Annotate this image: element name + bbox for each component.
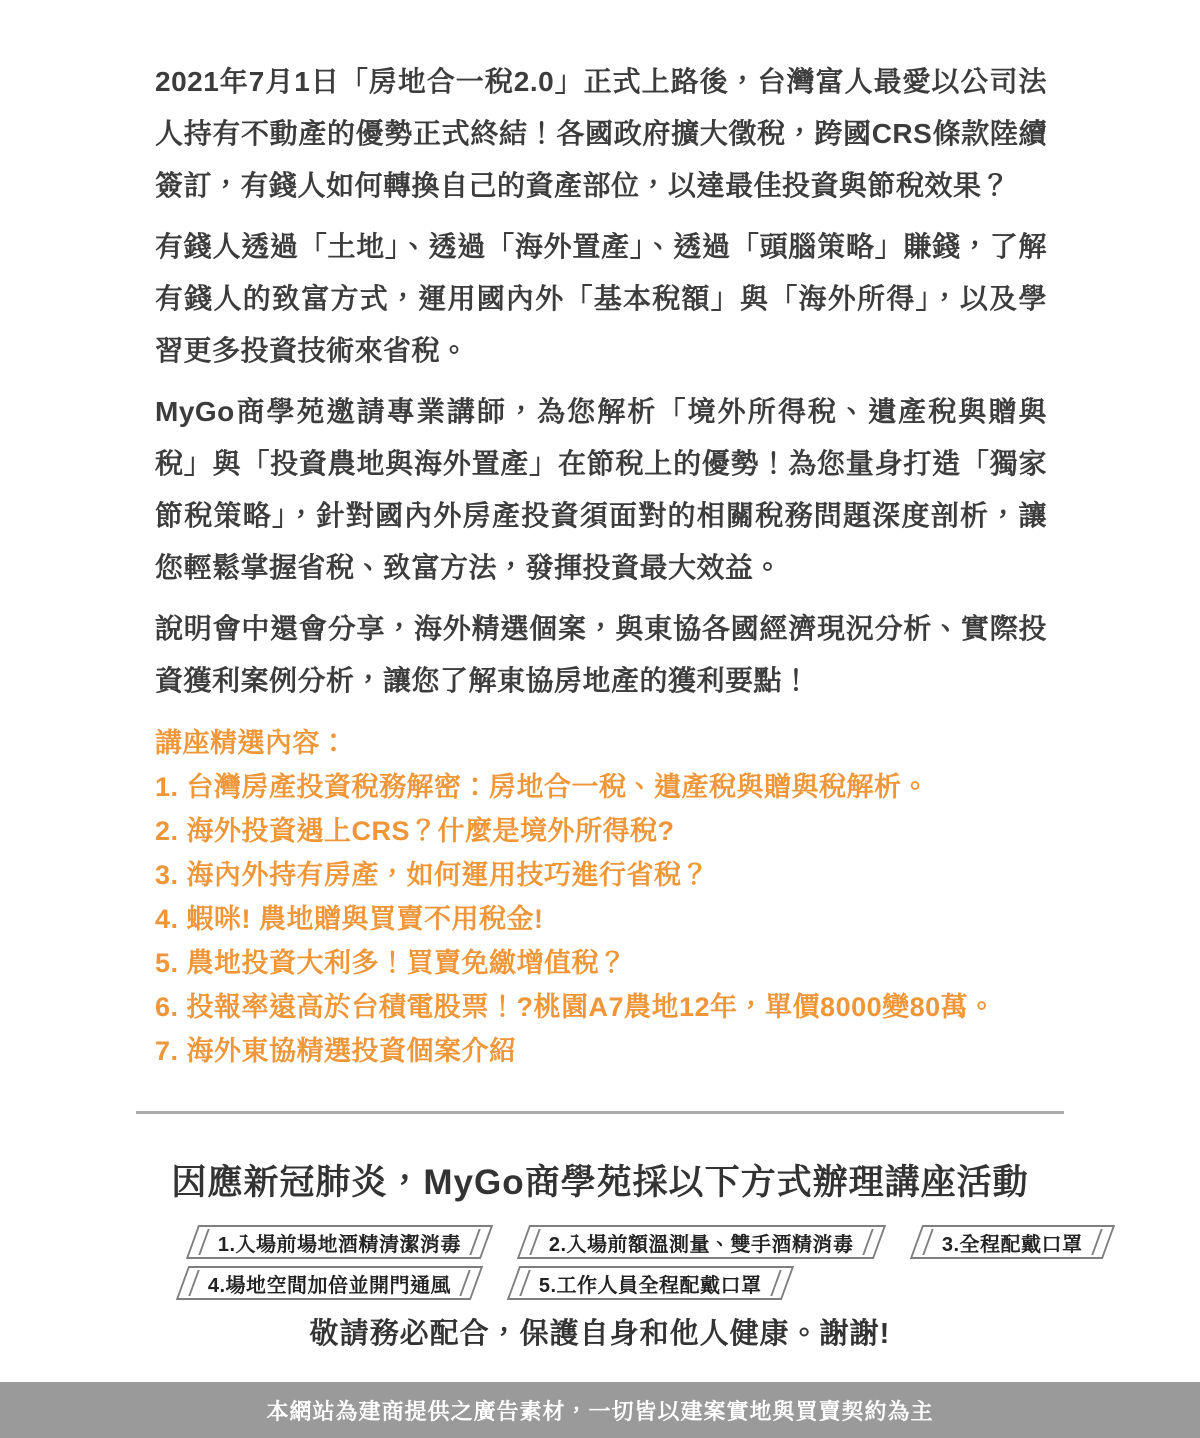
main-content: 2021年7月1日「房地合一稅2.0」正式上路後，台灣富人最愛以公司法人持有不動… [0, 0, 1200, 1073]
measure-badge-label: 5.工作人員全程配戴口罩 [539, 1268, 762, 1297]
measure-badge-4: 4.場地空間加倍並開門通風 [176, 1266, 484, 1300]
slash-decoration-icon [1091, 1229, 1102, 1255]
slash-decoration-icon [862, 1229, 873, 1255]
highlight-item-6: 6. 投報率遠高於台積電股票！?桃園A7農地12年，單價8000變80萬。 [155, 985, 1045, 1029]
badge-row-1: 1.入場前場地酒精清潔消毒 2.入場前額溫測量、雙手酒精消毒 3.全程配戴口罩 [0, 1224, 1200, 1259]
highlight-item-7: 7. 海外東協精選投資個案介紹 [155, 1029, 1045, 1073]
covid-measure-badges: 1.入場前場地酒精清潔消毒 2.入場前額溫測量、雙手酒精消毒 3.全程配戴口罩 … [0, 1224, 1200, 1306]
seminar-highlights-list: 講座精選內容： 1. 台灣房產投資稅務解密：房地合一稅、遺產稅與贈與稅解析。 2… [155, 721, 1045, 1073]
section-divider [136, 1111, 1064, 1114]
measure-badge-label: 1.入場前場地酒精清潔消毒 [218, 1227, 461, 1256]
measure-badge-5: 5.工作人員全程配戴口罩 [507, 1266, 794, 1300]
highlight-item-2: 2. 海外投資遇上CRS？什麼是境外所得稅? [155, 809, 1045, 853]
highlight-item-1: 1. 台灣房產投資稅務解密：房地合一稅、遺產稅與贈與稅解析。 [155, 765, 1045, 809]
highlight-item-3: 3. 海內外持有房產，如何運用技巧進行省稅？ [155, 853, 1045, 897]
slash-decoration-icon [519, 1270, 530, 1296]
slash-decoration-icon [922, 1229, 933, 1255]
measure-badge-label: 3.全程配戴口罩 [942, 1227, 1083, 1256]
highlights-heading: 講座精選內容： [155, 721, 1045, 765]
seminar-ad-page: 2021年7月1日「房地合一稅2.0」正式上路後，台灣富人最愛以公司法人持有不動… [0, 0, 1200, 1438]
covid-notice-heading: 因應新冠肺炎，MyGo商學苑採以下方式辦理講座活動 [0, 1160, 1200, 1206]
covid-closing-text: 敬請務必配合，保護自身和他人健康。謝謝! [0, 1314, 1200, 1354]
slash-decoration-icon [459, 1270, 470, 1296]
measure-badge-label: 2.入場前額溫測量、雙手酒精消毒 [549, 1227, 854, 1256]
slash-decoration-icon [770, 1270, 781, 1296]
highlight-item-4: 4. 蝦咪! 農地贈與買賣不用稅金! [155, 897, 1045, 941]
badge-row-2: 4.場地空間加倍並開門通風 5.工作人員全程配戴口罩 [0, 1265, 1200, 1300]
footer-disclaimer-bar: 本網站為建商提供之廣告素材，一切皆以建案實地與買賣契約為主 [0, 1382, 1200, 1438]
intro-paragraph-3: MyGo商學苑邀請專業講師，為您解析「境外所得稅、遺產稅與贈與稅」與「投資農地與… [155, 386, 1047, 594]
measure-badge-2: 2.入場前額溫測量、雙手酒精消毒 [517, 1225, 886, 1259]
intro-paragraph-4: 說明會中還會分享，海外精選個案，與東協各國經濟現況分析、實際投資獲利案例分析，讓… [155, 603, 1047, 707]
slash-decoration-icon [198, 1229, 209, 1255]
measure-badge-1: 1.入場前場地酒精清潔消毒 [186, 1225, 494, 1259]
footer-disclaimer-text: 本網站為建商提供之廣告素材，一切皆以建案實地與買賣契約為主 [266, 1395, 933, 1426]
highlight-item-5: 5. 農地投資大利多！買賣免繳增值稅？ [155, 941, 1045, 985]
intro-paragraph-1: 2021年7月1日「房地合一稅2.0」正式上路後，台灣富人最愛以公司法人持有不動… [155, 56, 1047, 212]
measure-badge-3: 3.全程配戴口罩 [910, 1225, 1115, 1259]
slash-decoration-icon [469, 1229, 480, 1255]
slash-decoration-icon [188, 1270, 199, 1296]
intro-paragraph-2: 有錢人透過「土地」、透過「海外置產」、透過「頭腦策略」賺錢，了解有錢人的致富方式… [155, 221, 1047, 377]
measure-badge-label: 4.場地空間加倍並開門通風 [208, 1268, 451, 1297]
slash-decoration-icon [529, 1229, 540, 1255]
